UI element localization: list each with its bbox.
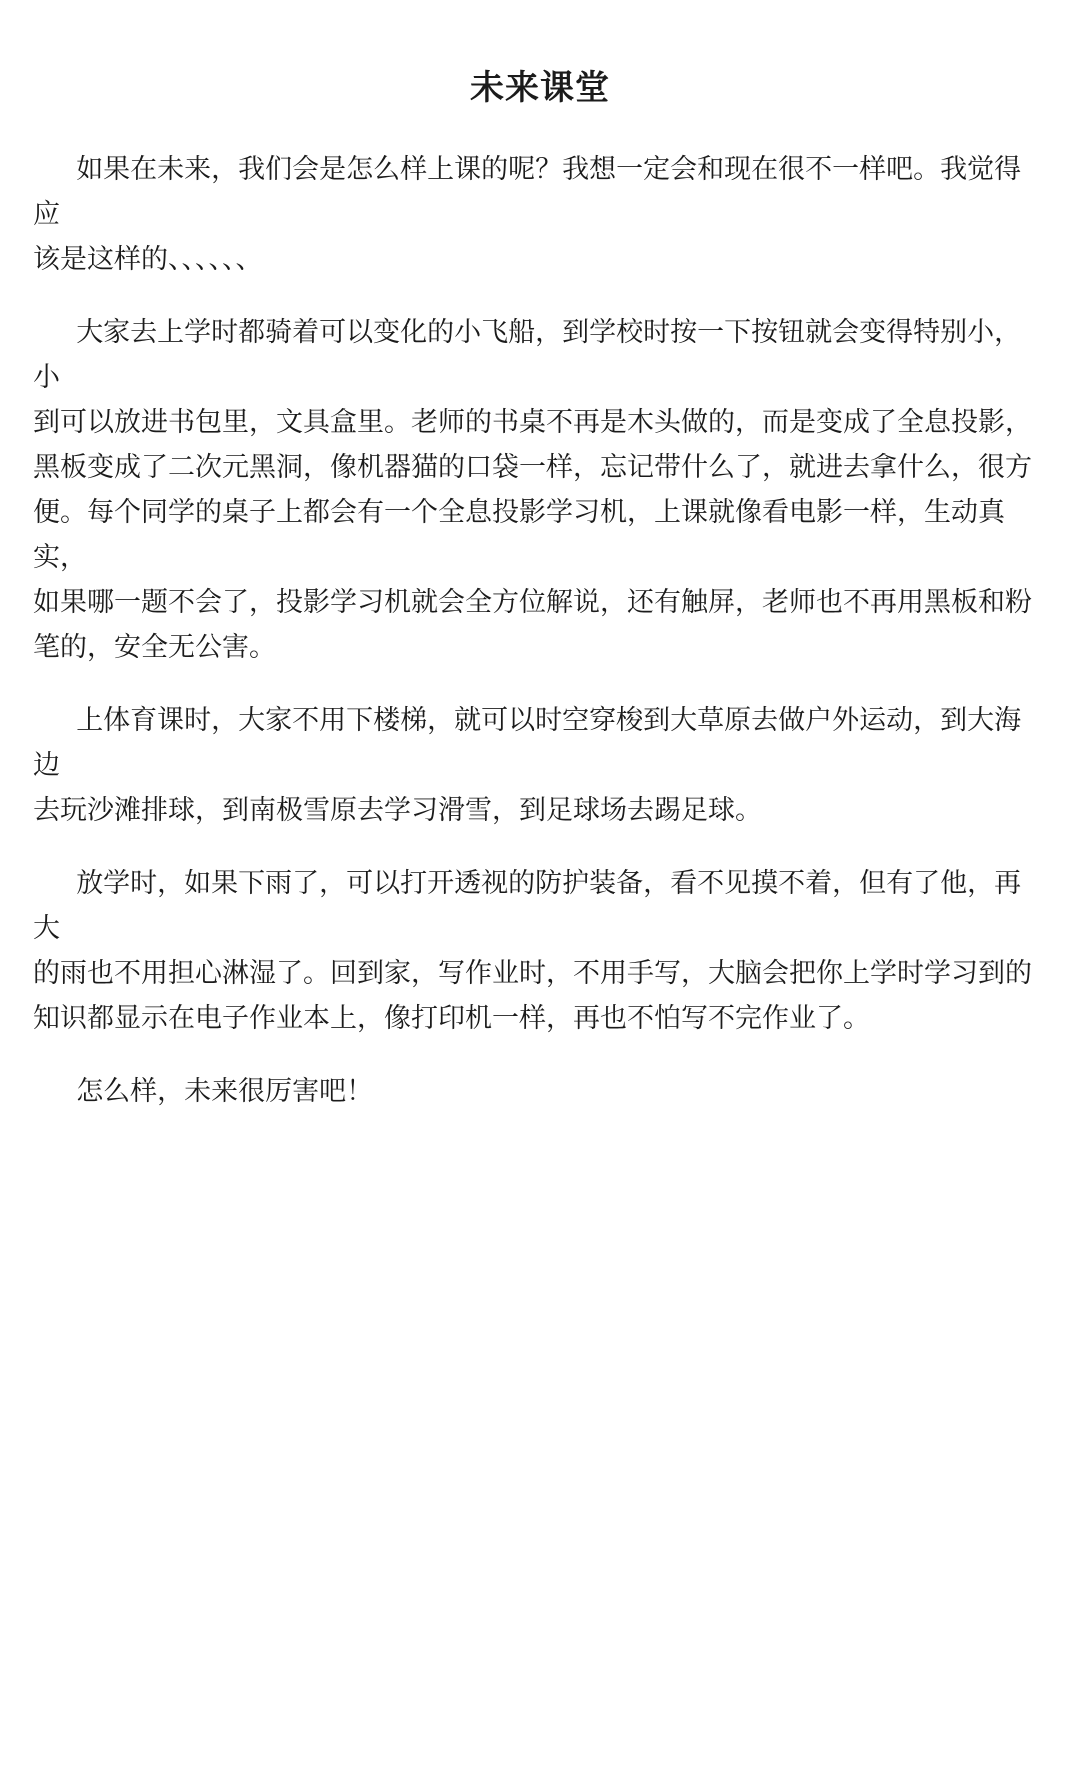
paragraph-3: 上体育课时，大家不用下楼梯，就可以时空穿梭到大草原去做户外运动，到大海边 去玩沙… [33, 698, 1047, 833]
document-page: 未来课堂 如果在未来，我们会是怎么样上课的呢？我想一定会和现在很不一样吧。我觉得… [0, 0, 1080, 1776]
paragraph-1: 如果在未来，我们会是怎么样上课的呢？我想一定会和现在很不一样吧。我觉得应 该是这… [33, 147, 1047, 282]
document-title: 未来课堂 [33, 70, 1047, 106]
paragraph-2: 大家去上学时都骑着可以变化的小飞船，到学校时按一下按钮就会变得特别小，小 到可以… [33, 310, 1047, 670]
paragraph-5: 怎么样，未来很厉害吧！ [33, 1069, 1047, 1114]
paragraph-4: 放学时，如果下雨了，可以打开透视的防护装备，看不见摸不着，但有了他，再大 的雨也… [33, 861, 1047, 1041]
